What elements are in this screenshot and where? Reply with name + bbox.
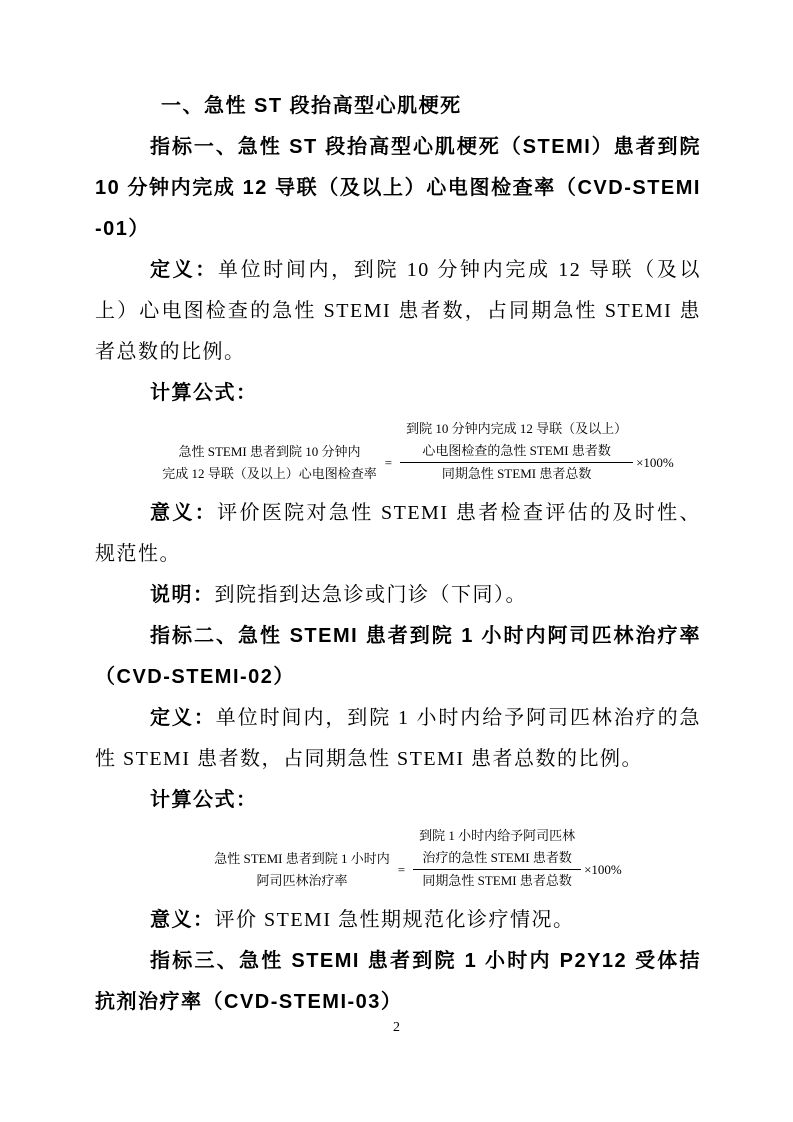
formula2-numerator-line1: 到院 1 小时内给予阿司匹林 bbox=[419, 825, 575, 847]
formula1-numerator: 到院 10 分钟内完成 12 导联（及以上） 心电图检查的急性 STEMI 患者… bbox=[400, 418, 633, 462]
formula1-fraction: 到院 10 分钟内完成 12 导联（及以上） 心电图检查的急性 STEMI 患者… bbox=[400, 418, 633, 485]
indicator1-definition: 定义：单位时间内，到院 10 分钟内完成 12 导联（及以上）心电图检查的急性 … bbox=[95, 250, 701, 373]
significance-text: 评价 STEMI 急性期规范化诊疗情况。 bbox=[215, 909, 575, 931]
indicator2-formula-heading: 计算公式： bbox=[95, 780, 701, 821]
formula2-numerator: 到院 1 小时内给予阿司匹林 治疗的急性 STEMI 患者数 bbox=[413, 825, 581, 869]
indicator3-title: 指标三、急性 STEMI 患者到院 1 小时内 P2Y12 受体拮抗剂治疗率（C… bbox=[95, 941, 701, 1023]
formula1-lhs-line2: 完成 12 导联（及以上）心电图检查率 bbox=[162, 463, 377, 485]
note-text: 到院指到达急诊或门诊（下同）。 bbox=[215, 584, 528, 606]
formula2-lhs-line2: 阿司匹林治疗率 bbox=[214, 870, 390, 892]
indicator1-note: 说明：到院指到达急诊或门诊（下同）。 bbox=[95, 575, 701, 616]
formula1-multiplier: ×100% bbox=[636, 452, 674, 474]
document-page: 一、急性 ST 段抬高型心肌梗死 指标一、急性 ST 段抬高型心肌梗死（STEM… bbox=[0, 0, 793, 1122]
formula2-equals-sign: = bbox=[398, 859, 405, 881]
indicator1-formula-heading: 计算公式： bbox=[95, 373, 701, 414]
indicator2-title: 指标二、急性 STEMI 患者到院 1 小时内阿司匹林治疗率（CVD-STEMI… bbox=[95, 616, 701, 698]
indicator2-definition: 定义：单位时间内，到院 1 小时内给予阿司匹林治疗的急性 STEMI 患者数，占… bbox=[95, 698, 701, 780]
formula2-lhs-line1: 急性 STEMI 患者到院 1 小时内 bbox=[214, 848, 390, 870]
indicator2-significance: 意义：评价 STEMI 急性期规范化诊疗情况。 bbox=[95, 900, 701, 941]
section-heading: 一、急性 ST 段抬高型心肌梗死 bbox=[95, 86, 701, 127]
formula2-multiplier: ×100% bbox=[584, 859, 622, 881]
indicator1-significance: 意义：评价医院对急性 STEMI 患者检查评估的及时性、规范性。 bbox=[95, 493, 701, 575]
formula1-lhs-line1: 急性 STEMI 患者到院 10 分钟内 bbox=[162, 441, 377, 463]
page-number: 2 bbox=[0, 1018, 793, 1038]
formula1-denominator: 同期急性 STEMI 患者总数 bbox=[400, 462, 633, 485]
formula2-denominator: 同期急性 STEMI 患者总数 bbox=[413, 869, 581, 892]
significance-label: 意义： bbox=[150, 502, 217, 524]
formula1-numerator-line2: 心电图检查的急性 STEMI 患者数 bbox=[406, 440, 627, 462]
formula1-numerator-line1: 到院 10 分钟内完成 12 导联（及以上） bbox=[406, 418, 627, 440]
formula1-lhs: 急性 STEMI 患者到院 10 分钟内 完成 12 导联（及以上）心电图检查率 bbox=[162, 441, 377, 485]
formula2-numerator-line2: 治疗的急性 STEMI 患者数 bbox=[419, 847, 575, 869]
indicator1-formula: 急性 STEMI 患者到院 10 分钟内 完成 12 导联（及以上）心电图检查率… bbox=[135, 418, 701, 485]
note-label: 说明： bbox=[150, 584, 215, 606]
formula2-lhs: 急性 STEMI 患者到院 1 小时内 阿司匹林治疗率 bbox=[214, 848, 390, 892]
indicator1-title: 指标一、急性 ST 段抬高型心肌梗死（STEMI）患者到院 10 分钟内完成 1… bbox=[95, 127, 701, 250]
document-content: 一、急性 ST 段抬高型心肌梗死 指标一、急性 ST 段抬高型心肌梗死（STEM… bbox=[95, 86, 701, 1023]
significance-label: 意义： bbox=[150, 909, 215, 931]
indicator2-formula: 急性 STEMI 患者到院 1 小时内 阿司匹林治疗率 = 到院 1 小时内给予… bbox=[135, 825, 701, 892]
formula1-equals-sign: = bbox=[385, 452, 392, 474]
formula2-fraction: 到院 1 小时内给予阿司匹林 治疗的急性 STEMI 患者数 同期急性 STEM… bbox=[413, 825, 581, 892]
definition-label: 定义： bbox=[150, 259, 218, 281]
definition-label: 定义： bbox=[150, 707, 216, 729]
